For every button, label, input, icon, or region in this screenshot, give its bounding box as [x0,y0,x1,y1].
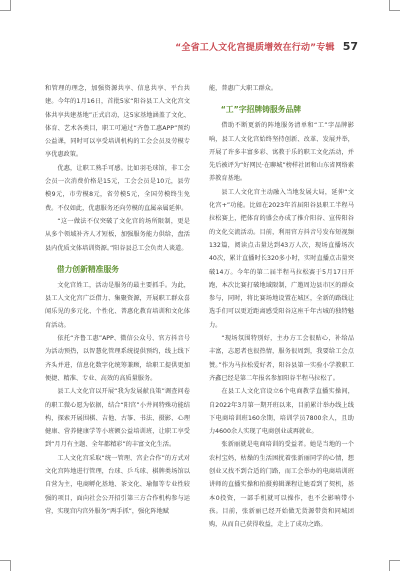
paragraph: “现场氛围特别好，主办方工会很贴心，补给品丰富，志愿者也很热情，服务很周到，我要… [209,332,354,385]
paragraph: 依托“齐鲁工惠”APP、微信公众号、官方抖音号为活动预热，以智慧化管理系统提供预… [45,332,190,385]
left-column: 和管理的理念，加强资源共享、信息共享、平台共建。今年的1月16日，首批5家“阳谷… [45,82,190,518]
right-column: 能，普惠广大职工群众。 “工”字招牌铸服务品牌 借助不断更新的阵地服务清单和“工… [209,82,354,532]
column-title: “全省工人文化宫提质增效在行动”专辑 [175,40,334,53]
paragraph: 张新丽就是电商培训的受益者。她是当地的一个农村宝妈，枯燥的生活困扰着张新丽同学的… [209,438,354,531]
paragraph: “这一做法不仅突破了文化宫的场所限制，更是从多个领域补齐人才短板，加强服务能力供… [45,215,190,255]
page-number: 57 [343,40,358,53]
crop-mark-bottom-left [0,560,11,571]
paragraph: 在县工人文化宫设立6个电商教学直播实操间，自2022年3月第一期开班以来，目前累… [209,385,354,438]
paragraph: 借助不断更新的阵地服务清单和“工”字品牌影响，县工人文化宫始终坚持创新、改革、发… [209,119,354,185]
crop-mark-top-left [0,0,11,11]
section-heading: 借力创新精准服务 [45,263,190,277]
paragraph: 工人文化宫采取“统一管理、宫企合作”的方式对文化宫阵地进行管理，台球、乒乓球、棋… [45,452,190,518]
paragraph: 能，普惠广大职工群众。 [209,82,354,95]
section-heading: “工”字招牌铸服务品牌 [209,103,354,117]
paragraph: 县工人文化宫主动融入当地发展大局，延伸“文化宫+”功能。比如在2023年首届阳谷… [209,186,354,332]
paragraph: 和管理的理念，加强资源共享、信息共享、平台共建。今年的1月16日，首批5家“阳谷… [45,82,190,162]
paragraph: 文化宫姓工，活动是服务的最主要抓手。为此，县工人文化宫广泛借力、集聚资源，开展职… [45,279,190,332]
crop-mark-bottom-right [389,560,400,571]
crop-mark-top-right [389,0,400,11]
paragraph: 县工人文化宫以开展“我为发展献良策”调查问卷的职工微心愿为依据，结合“阳宫”小井… [45,385,190,451]
running-header: “全省工人文化宫提质增效在行动”专辑 57 [175,40,358,53]
paragraph: 优惠，让职工熟手可感。比如羽毛球馆，非工会会员一次消费价格是15元，工会会员是1… [45,162,190,215]
